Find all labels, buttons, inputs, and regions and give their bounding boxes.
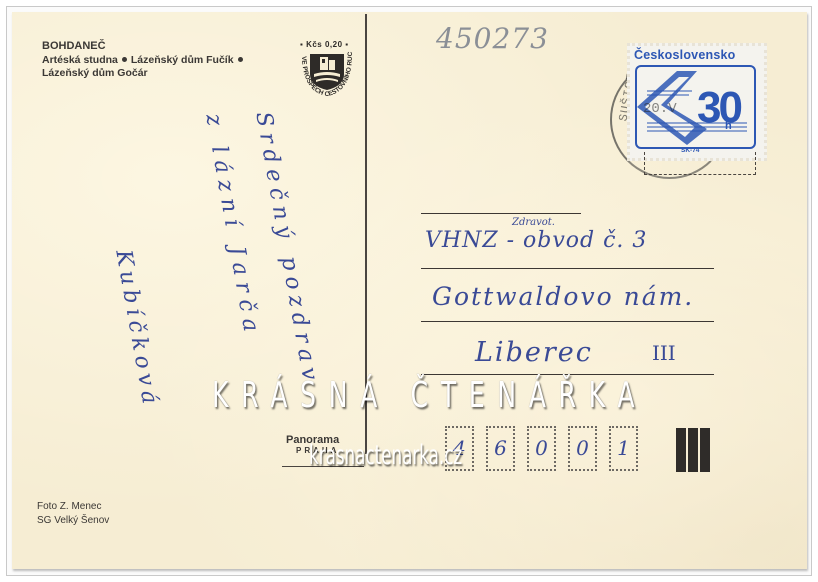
postal-code-digit: 0 — [527, 436, 556, 460]
print-credit: SG Velký Šenov — [37, 514, 109, 528]
address-recipient: VHNZ - obvod č. 3 — [425, 228, 647, 253]
caption-item: Artéská studna — [42, 54, 118, 66]
postal-code-digit: 6 — [486, 436, 515, 460]
address-street: Gottwaldovo nám. — [432, 282, 694, 311]
postmark-date: 20.V — [643, 101, 677, 117]
castle-shield-icon: VE PROSPĚCH CESTOVNÍHO RUCHU — [296, 40, 358, 100]
address-line-top — [421, 213, 581, 214]
stamp-value: 30 — [697, 83, 740, 133]
place-title: BOHDANEČ — [42, 40, 247, 53]
postal-code-digit: 1 — [609, 436, 638, 460]
address-line-1 — [421, 268, 714, 269]
caption-item: Lázeňský dům Fučík — [131, 54, 234, 66]
watermark-url: krasnactenarka.cz — [309, 440, 462, 471]
caption-line-2: Lázeňský dům Gočár — [42, 67, 247, 80]
address-city: Liberec — [475, 337, 593, 368]
postal-code-digit: 0 — [568, 436, 597, 460]
stamp-country: Československo — [634, 48, 735, 62]
tourism-emblem: ▪ Kčs 0,20 ▪ VE PROSPĚCH CESTOVNÍHO RUCH… — [296, 40, 358, 100]
watermark-title: KRÁSNÁ ČTENÁŘKA — [212, 375, 647, 416]
photo-credit: Foto Z. Menec — [37, 500, 109, 514]
credits: Foto Z. Menec SG Velký Šenov — [37, 500, 109, 528]
postal-code-bars-icon — [676, 428, 712, 477]
bullet-icon — [238, 57, 243, 62]
bullet-icon — [122, 57, 127, 62]
caption-line-1: Artéská studnaLázeňský dům Fučík — [42, 54, 247, 67]
reference-number: 450273 — [436, 22, 549, 55]
stamp-unit: h — [725, 120, 732, 132]
postcard-header: BOHDANEČ Artéská studnaLázeňský dům Fučí… — [42, 40, 247, 80]
stamp-placement-box — [644, 152, 756, 175]
address-line-2 — [421, 321, 714, 322]
address-district: III — [652, 341, 676, 365]
address-note: Zdravot. — [512, 217, 555, 228]
